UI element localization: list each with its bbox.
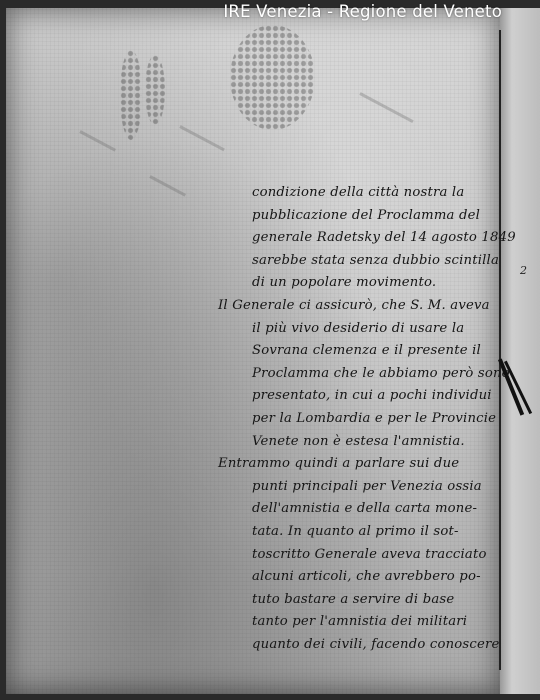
text-line: dell'amnistia e della carta mone- bbox=[218, 498, 503, 521]
text-line: presentato, in cui a pochi individui bbox=[218, 385, 503, 408]
text-line: punti principali per Venezia ossia bbox=[218, 476, 503, 499]
text-line: di un popolare movimento. bbox=[218, 272, 503, 295]
watermark-text: IRE Venezia - Regione del Veneto bbox=[223, 2, 502, 21]
text-line: quanto dei civili, facendo conoscere bbox=[218, 634, 503, 657]
text-line: generale Radetsky del 14 agosto 1849 bbox=[218, 227, 503, 250]
text-line: toscritto Generale aveva tracciato bbox=[218, 544, 503, 567]
text-line: pubblicazione del Proclamma del bbox=[218, 205, 503, 228]
text-line: Proclamma che le abbiamo però sono bbox=[218, 363, 503, 386]
margin-page-mark: 2 bbox=[520, 264, 527, 277]
text-line: alcuni articoli, che avrebbero po- bbox=[218, 566, 503, 589]
text-line: tata. In quanto al primo il sot- bbox=[218, 521, 503, 544]
ink-bleed-stain bbox=[145, 55, 165, 125]
text-line: sarebbe stata senza dubbio scintilla bbox=[218, 250, 503, 273]
ink-bleed-stain bbox=[230, 25, 315, 130]
text-line: Il Generale ci assicurò, che S. M. aveva bbox=[218, 295, 503, 318]
handwritten-text-block: condizione della città nostra la pubblic… bbox=[218, 182, 503, 656]
text-line: tuto bastare a servire di base bbox=[218, 589, 503, 612]
text-line: Entrammo quindi a parlare sui due bbox=[218, 453, 503, 476]
text-line: condizione della città nostra la bbox=[218, 182, 503, 205]
text-line: tanto per l'amnistia dei militari bbox=[218, 611, 503, 634]
text-line: Venete non è estesa l'amnistia. bbox=[218, 431, 503, 454]
text-line: Sovrana clemenza e il presente il bbox=[218, 340, 503, 363]
text-line: il più vivo desiderio di usare la bbox=[218, 318, 503, 341]
binding-strip bbox=[500, 8, 540, 694]
ink-bleed-stain bbox=[120, 50, 142, 140]
text-line: per la Lombardia e per le Provincie bbox=[218, 408, 503, 431]
